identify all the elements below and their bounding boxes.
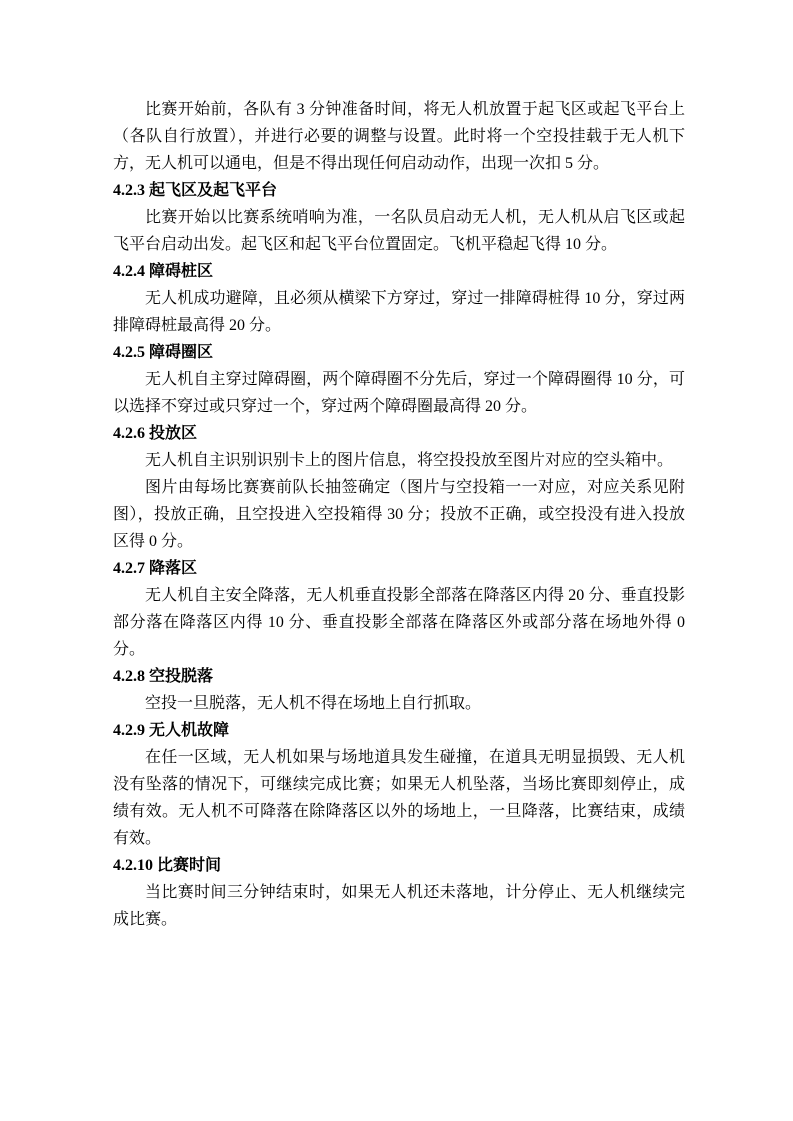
paragraph-4-2-10: 当比赛时间三分钟结束时，如果无人机还未落地，计分停止、无人机继续完成比赛。 [113, 879, 685, 933]
heading-4-2-5: 4.2.5 障碍圈区 [113, 339, 685, 366]
heading-4-2-6: 4.2.6 投放区 [113, 420, 685, 447]
paragraph-4-2-4: 无人机成功避障，且必须从横梁下方穿过，穿过一排障碍桩得 10 分，穿过两排障碍桩… [113, 285, 685, 339]
heading-4-2-9: 4.2.9 无人机故障 [113, 717, 685, 744]
paragraph-4-2-9: 在任一区域，无人机如果与场地道具发生碰撞，在道具无明显损毁、无人机没有坠落的情况… [113, 744, 685, 852]
heading-4-2-10: 4.2.10 比赛时间 [113, 852, 685, 879]
paragraph-intro: 比赛开始前，各队有 3 分钟准备时间，将无人机放置于起飞区或起飞平台上（各队自行… [113, 96, 685, 177]
document-body: 比赛开始前，各队有 3 分钟准备时间，将无人机放置于起飞区或起飞平台上（各队自行… [0, 0, 793, 1121]
paragraph-4-2-3: 比赛开始以比赛系统哨响为准，一名队员启动无人机，无人机从启飞区或起飞平台启动出发… [113, 204, 685, 258]
heading-4-2-4: 4.2.4 障碍桩区 [113, 258, 685, 285]
heading-4-2-7: 4.2.7 降落区 [113, 555, 685, 582]
paragraph-4-2-5: 无人机自主穿过障碍圈，两个障碍圈不分先后，穿过一个障碍圈得 10 分，可以选择不… [113, 366, 685, 420]
document-page: 比赛开始前，各队有 3 分钟准备时间，将无人机放置于起飞区或起飞平台上（各队自行… [0, 0, 793, 1121]
paragraph-4-2-6-b: 图片由每场比赛赛前队长抽签确定（图片与空投箱一一对应，对应关系见附图），投放正确… [113, 474, 685, 555]
paragraph-4-2-6-a: 无人机自主识别识别卡上的图片信息，将空投投放至图片对应的空头箱中。 [113, 447, 685, 474]
paragraph-4-2-7: 无人机自主安全降落，无人机垂直投影全部落在降落区内得 20 分、垂直投影部分落在… [113, 582, 685, 663]
paragraph-4-2-8: 空投一旦脱落，无人机不得在场地上自行抓取。 [113, 690, 685, 717]
heading-4-2-3: 4.2.3 起飞区及起飞平台 [113, 177, 685, 204]
heading-4-2-8: 4.2.8 空投脱落 [113, 663, 685, 690]
